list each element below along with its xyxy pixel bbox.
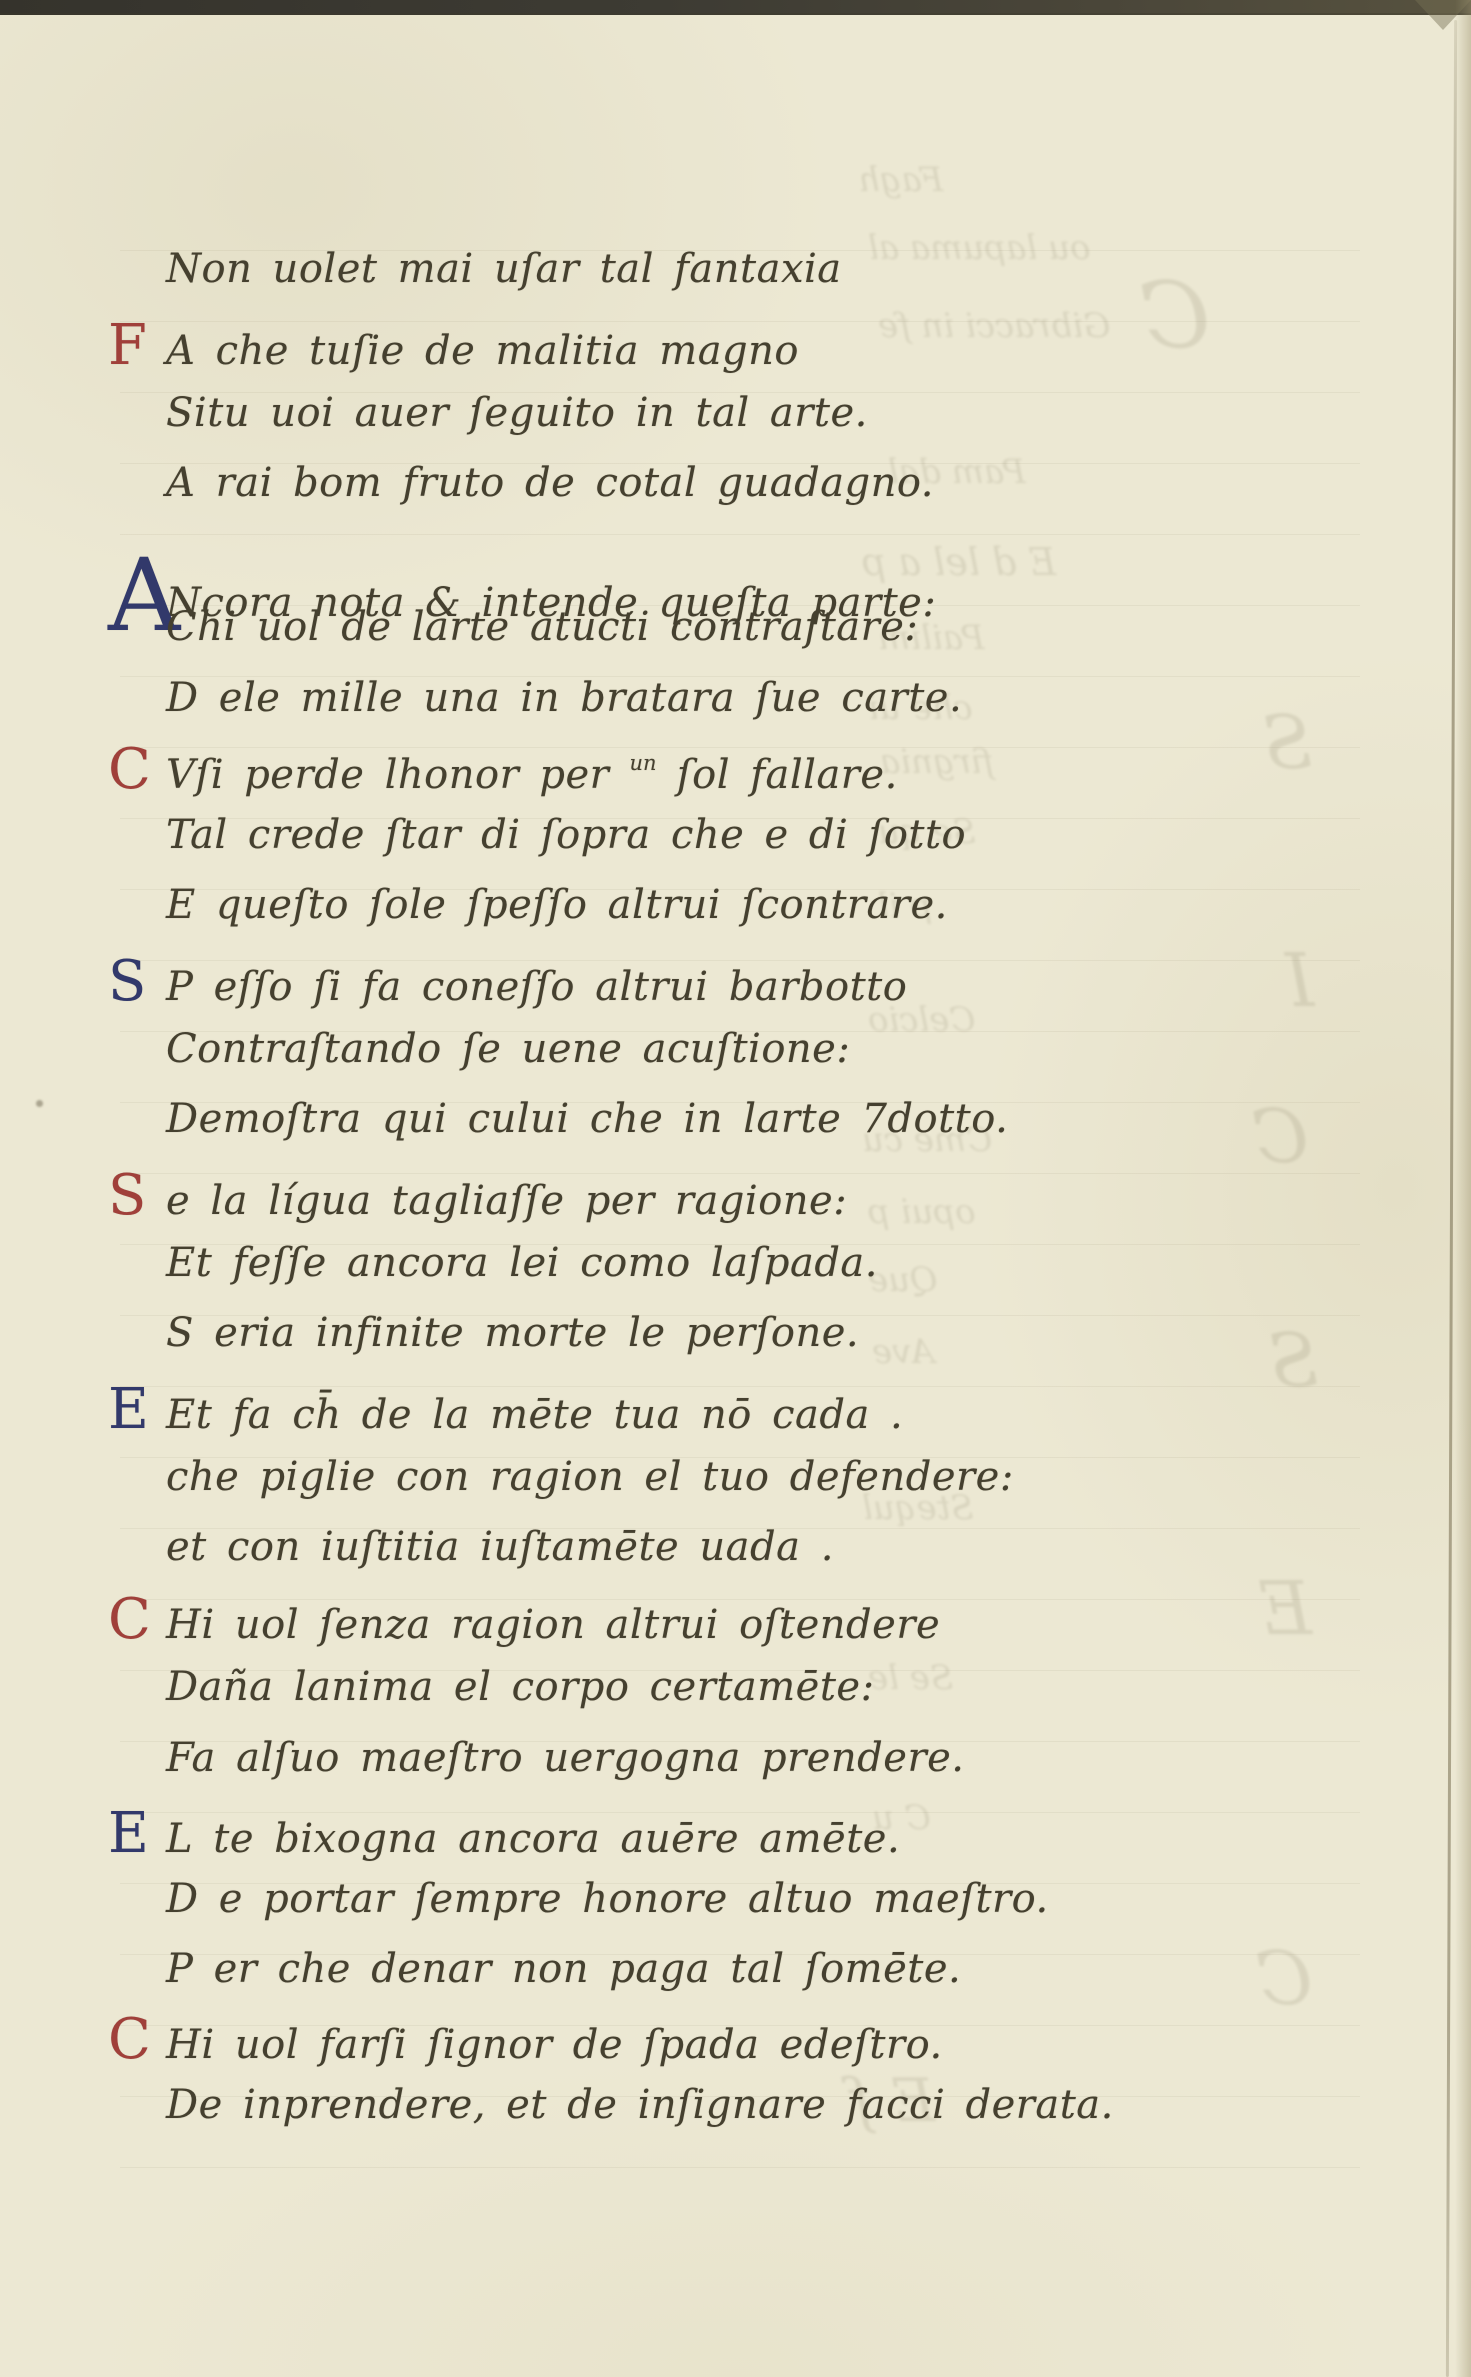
versal-initial: S: [108, 954, 166, 1010]
verse-text: e la lígua tagliaſſe per ragione:: [166, 1178, 847, 1224]
verse-text: D ele mille una in bratara ſue carte.: [166, 675, 962, 721]
verse-text: et con iuſtitia iuſtamēte uada .: [166, 1524, 834, 1570]
verse-text: P eſſo ſi fa coneſſo altrui barbotto: [166, 964, 907, 1010]
verse-line: D ele mille una in bratara ſue carte.: [108, 675, 962, 731]
verse-line: E queſto ſole ſpeſſo altrui ſcontrare.: [108, 882, 948, 938]
verse-line: A rai bom fruto de cotal guadagno.: [108, 460, 934, 516]
verse-text: Hi uol ſenza ragion altrui oſtendere: [166, 1602, 940, 1648]
page-top-edge: [0, 0, 1471, 15]
verse-line: A Ncora nota & intende queſta parte:: [108, 532, 936, 588]
verse-text: A che tuſie de malitia magno: [166, 328, 799, 374]
verse-text: Vſi perde lhonor per un ſol fallare.: [166, 752, 898, 798]
verse-text: Chi uol de larte atucti contraſtare:: [166, 604, 918, 650]
verse-line: C Hi uol farſi ſignor de ſpada edeſtro.: [108, 2012, 943, 2068]
verse-text: Hi uol farſi ſignor de ſpada edeſtro.: [166, 2022, 943, 2068]
verse-line: Chi uol de larte atucti contraſtare:: [108, 604, 918, 660]
versal-initial: S: [108, 1168, 166, 1224]
verse-text: Et feſſe ancora lei como laſpada.: [166, 1240, 878, 1286]
verse-line: S e la lígua tagliaſſe per ragione:: [108, 1168, 847, 1224]
verse-text: Fa alſuo maeſtro uergogna prendere.: [166, 1735, 964, 1781]
versal-initial: C: [108, 1592, 166, 1648]
verse-text: E queſto ſole ſpeſſo altrui ſcontrare.: [166, 882, 948, 928]
verse-text: Situ uoi auer ſeguito in tal arte.: [166, 390, 868, 436]
verse-line: che piglie con ragion el tuo defendere:: [108, 1454, 1014, 1510]
verse-line: E Et fa ch̄ de la mēte tua nō cada .: [108, 1382, 903, 1438]
verse-line: De inprendere, et de inſignare facci der…: [108, 2082, 1114, 2138]
verse-line: C Hi uol ſenza ragion altrui oſtendere: [108, 1592, 940, 1648]
verse-line: Non uolet mai uſar tal fantaxia: [108, 246, 842, 302]
verse-text: A rai bom fruto de cotal guadagno.: [166, 460, 934, 506]
verse-line: Et feſſe ancora lei como laſpada.: [108, 1240, 878, 1296]
versal-initial: E: [108, 1806, 166, 1862]
verse-line: Demoſtra qui cului che in larte 7dotto.: [108, 1096, 1008, 1152]
verse-text: che piglie con ragion el tuo defendere:: [166, 1454, 1014, 1500]
verse-text: De inprendere, et de inſignare facci der…: [166, 2082, 1114, 2128]
verse-text: Tal crede ſtar di ſopra che e di ſotto: [166, 812, 966, 858]
manuscript-text: Non uolet mai uſar tal fantaxia F A che …: [0, 0, 1471, 2377]
manuscript-page: Fagh ou lapuma al C Gibracci in fe Pam d…: [0, 0, 1471, 2377]
verse-text: Daña lanima el corpo certamēte:: [166, 1664, 875, 1710]
versal-initial: E: [108, 1382, 166, 1438]
parchment-stain: [36, 1100, 43, 1107]
verse-line: Daña lanima el corpo certamēte:: [108, 1664, 875, 1720]
verse-text: S eria infinite morte le perſone.: [166, 1310, 859, 1356]
verse-text: Demoſtra qui cului che in larte 7dotto.: [166, 1096, 1008, 1142]
verse-text: L te bixogna ancora auēre amēte.: [166, 1816, 900, 1862]
verse-text: D e portar ſempre honore altuo maeſtro.: [166, 1876, 1049, 1922]
verse-text: Et fa ch̄ de la mēte tua nō cada .: [166, 1392, 903, 1438]
verse-text: Contraſtando ſe uene acuſtione:: [166, 1026, 850, 1072]
verse-line: P er che denar non paga tal ſomēte.: [108, 1946, 961, 2002]
verse-text: Non uolet mai uſar tal fantaxia: [166, 246, 842, 292]
versal-initial: F: [108, 318, 166, 374]
verse-text: P er che denar non paga tal ſomēte.: [166, 1946, 961, 1992]
page-right-edge: [1455, 0, 1471, 2377]
verse-line: S eria infinite morte le perſone.: [108, 1310, 859, 1366]
verse-line: Contraſtando ſe uene acuſtione:: [108, 1026, 850, 1082]
versal-initial: C: [108, 2012, 166, 2068]
verse-line: Fa alſuo maeſtro uergogna prendere.: [108, 1735, 964, 1791]
verse-line: Situ uoi auer ſeguito in tal arte.: [108, 390, 868, 446]
verse-line: S P eſſo ſi fa coneſſo altrui barbotto: [108, 954, 907, 1010]
verse-line: E L te bixogna ancora auēre amēte.: [108, 1806, 900, 1862]
verse-line: Tal crede ſtar di ſopra che e di ſotto: [108, 812, 966, 868]
verse-line: C Vſi perde lhonor per un ſol fallare.: [108, 742, 898, 798]
versal-initial: C: [108, 742, 166, 798]
verse-line: F A che tuſie de malitia magno: [108, 318, 799, 374]
verse-line: et con iuſtitia iuſtamēte uada .: [108, 1524, 834, 1580]
verse-line: D e portar ſempre honore altuo maeſtro.: [108, 1876, 1049, 1932]
